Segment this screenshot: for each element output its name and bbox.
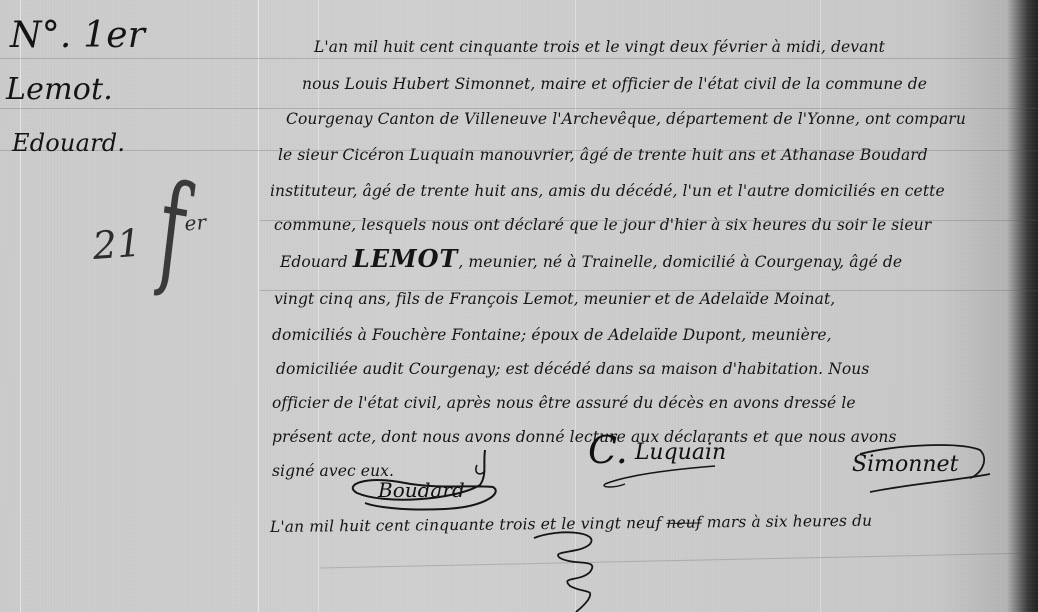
next-entry-end: mars à six heures du [707, 512, 873, 532]
next-entry-line: L'an mil huit cent cinquante trois et le… [270, 512, 872, 536]
date-month-sup: er [184, 210, 207, 235]
next-entry-start: L'an mil huit cent cinquante trois et le… [270, 514, 662, 536]
date-annotation: 21 fer [89, 192, 209, 276]
record-line: L'an mil huit cent cinquante trois et le… [314, 38, 885, 56]
entry-number: N°. 1er [10, 14, 145, 58]
signature-luquain: C. Luquain [588, 428, 726, 472]
ruled-line [320, 552, 1038, 568]
signature-initial: C. [588, 428, 628, 472]
record-line-rest: , meunier, né à Trainelle, domicilié à C… [458, 253, 902, 271]
record-line: le sieur Cicéron Luquain manouvrier, âgé… [278, 146, 928, 164]
record-line: signé avec eux. [272, 462, 394, 480]
struck-word: neuf [666, 513, 701, 531]
spiral-flourish-icon [530, 528, 610, 612]
signature-boudard: Boudard [378, 478, 465, 502]
signature-name: Luquain [635, 440, 726, 465]
deceased-given-name-inline: Edouard [280, 253, 348, 271]
deceased-surname-inline: LEMOT [353, 244, 459, 273]
date-month-initial: f [158, 173, 185, 285]
record-line: domiciliée audit Courgenay; est décédé d… [276, 360, 869, 378]
record-line: nous Louis Hubert Simonnet, maire et off… [302, 75, 927, 93]
record-line: commune, lesquels nous ont déclaré que l… [274, 216, 931, 234]
scanned-register-page: N°. 1er Lemot. Edouard. 21 fer L'an mil … [0, 0, 1038, 612]
date-day: 21 [91, 221, 143, 268]
signature-simonnet: Simonnet [852, 452, 958, 477]
record-line: instituteur, âgé de trente huit ans, ami… [270, 182, 945, 200]
record-line: domiciliés à Fouchère Fontaine; époux de… [272, 326, 832, 344]
margin-annotations: N°. 1er Lemot. Edouard. 21 fer [0, 0, 290, 612]
deceased-surname: Lemot. [6, 70, 113, 110]
deceased-given-name: Edouard. [12, 128, 125, 158]
record-line: Courgenay Canton de Villeneuve l'Archevê… [286, 110, 966, 128]
record-line: vingt cinq ans, fils de François Lemot, … [274, 290, 835, 308]
record-line: présent acte, dont nous avons donné lect… [272, 428, 897, 446]
record-line: officier de l'état civil, après nous êtr… [272, 394, 856, 412]
record-line-deceased: Edouard LEMOT, meunier, né à Trainelle, … [280, 244, 902, 273]
